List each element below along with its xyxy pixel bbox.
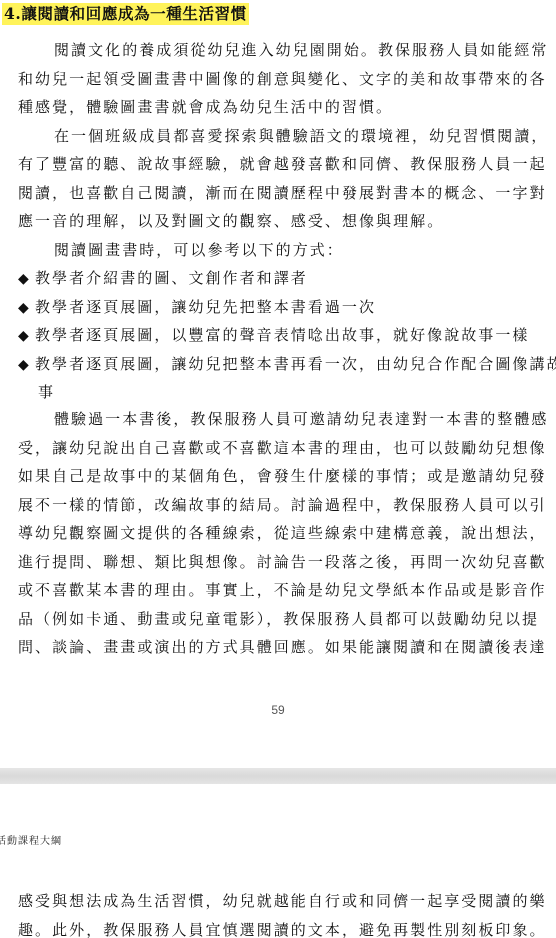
diamond-bullet-icon: ◆ bbox=[18, 322, 35, 351]
list-item: ◆教學者逐頁展圖，以豐富的聲音表情唸出故事，就好像說故事一樣 bbox=[18, 321, 550, 350]
diamond-bullet-icon: ◆ bbox=[18, 351, 35, 380]
list-item: ◆教學者逐頁展圖，讓幼兒把整本書再看一次，由幼兒合作配合圖像講故 bbox=[18, 350, 550, 379]
document-page-60: 活動課程大綱 感受與想法成為生活習慣，幼兒就越能自行或和同儕一起享受閱讀的樂 趣… bbox=[0, 784, 556, 938]
diamond-bullet-icon: ◆ bbox=[18, 265, 35, 294]
list-item-text: 教學者逐頁展圖，以豐富的聲音表情唸出故事，就好像說故事一樣 bbox=[35, 326, 529, 344]
list-item-text: 教學者逐頁展圖，讓幼兒把整本書再看一次，由幼兒合作配合圖像講故 bbox=[35, 355, 556, 373]
section-heading: 4.讓閱讀和回應成為一種生活習慣 bbox=[2, 3, 249, 25]
paragraph-continuation: 感受與想法成為生活習慣，幼兒就越能自行或和同儕一起享受閱讀的樂 趣。此外，教保服… bbox=[18, 887, 550, 938]
paragraph-response-after-reading: 體驗過一本書後，教保服務人員可邀請幼兒表達對一本書的整體感 受，讓幼兒說出自己喜… bbox=[18, 405, 550, 662]
text-line: 有了豐富的聽、說故事經驗，就會越發喜歡和同儕、教保服務人員一起 bbox=[18, 150, 550, 179]
text-line: 感受與想法成為生活習慣，幼兒就越能自行或和同儕一起享受閱讀的樂 bbox=[18, 887, 550, 916]
page-separator bbox=[0, 768, 556, 784]
text-line: 或不喜歡某本書的理由。事實上，不論是幼兒文學紙本作品或是影音作 bbox=[18, 576, 550, 605]
text-line: 閱讀圖畫書時，可以參考以下的方式： bbox=[18, 236, 550, 265]
text-line: 和幼兒一起領受圖畫書中圖像的創意與變化、文字的美和故事帶來的各 bbox=[18, 65, 550, 94]
text-line: 應一音的理解，以及對圖文的觀察、感受、想像與理解。 bbox=[18, 207, 550, 236]
paragraph-reading-methods-intro: 閱讀圖畫書時，可以參考以下的方式： bbox=[18, 236, 550, 265]
text-line: 閱讀文化的養成須從幼兒進入幼兒園開始。教保服務人員如能經常 bbox=[18, 36, 550, 65]
text-line: 在一個班級成員都喜愛探索與體驗語文的環境裡，幼兒習慣閱讀， bbox=[18, 122, 550, 151]
text-line: 閱讀，也喜歡自己閱讀，漸而在閱讀歷程中發展對書本的概念、一字對 bbox=[18, 179, 550, 208]
page-number: 59 bbox=[0, 703, 556, 717]
text-line: 如果自己是故事中的某個角色，會發生什麼樣的事情；或是邀請幼兒發 bbox=[18, 462, 550, 491]
text-line: 體驗過一本書後，教保服務人員可邀請幼兒表達對一本書的整體感 bbox=[18, 405, 550, 434]
list-item-text: 教學者逐頁展圖，讓幼兒先把整本書看過一次 bbox=[35, 298, 376, 316]
paragraph-reading-culture: 閱讀文化的養成須從幼兒進入幼兒園開始。教保服務人員如能經常 和幼兒一起領受圖畫書… bbox=[18, 36, 550, 122]
list-item-continuation: 事 bbox=[18, 378, 550, 407]
diamond-bullet-icon: ◆ bbox=[18, 294, 35, 323]
text-line: 品（例如卡通、動畫或兒童電影），教保服務人員都可以鼓勵幼兒以提 bbox=[18, 605, 550, 634]
document-page-59: 4.讓閱讀和回應成為一種生活習慣 閱讀文化的養成須從幼兒進入幼兒園開始。教保服務… bbox=[0, 0, 556, 768]
text-line: 展不一樣的情節，改編故事的結局。討論過程中，教保服務人員可以引 bbox=[18, 491, 550, 520]
text-line: 種感覺，體驗圖畫書就會成為幼兒生活中的習慣。 bbox=[18, 93, 550, 122]
list-item: ◆教學者介紹書的圖、文創作者和譯者 bbox=[18, 264, 550, 293]
text-line: 進行提問、聯想、類比與想像。討論告一段落之後，再問一次幼兒喜歡 bbox=[18, 548, 550, 577]
running-header: 活動課程大綱 bbox=[0, 832, 62, 847]
text-line: 問、談論、畫畫或演出的方式具體回應。如果能讓閱讀和在閱讀後表達 bbox=[18, 633, 550, 662]
text-line: 導幼兒觀察圖文提供的各種線索，從這些線索中建構意義，說出想法， bbox=[18, 519, 550, 548]
reading-methods-list: ◆教學者介紹書的圖、文創作者和譯者 ◆教學者逐頁展圖，讓幼兒先把整本書看過一次 … bbox=[18, 264, 550, 407]
list-item: ◆教學者逐頁展圖，讓幼兒先把整本書看過一次 bbox=[18, 293, 550, 322]
list-item-text: 教學者介紹書的圖、文創作者和譯者 bbox=[35, 269, 308, 287]
text-line: 趣。此外，教保服務人員宜慎選閱讀的文本，避免再製性別刻板印象。 bbox=[18, 916, 550, 938]
paragraph-classroom-environment: 在一個班級成員都喜愛探索與體驗語文的環境裡，幼兒習慣閱讀， 有了豐富的聽、說故事… bbox=[18, 122, 550, 236]
text-line: 受，讓幼兒說出自己喜歡或不喜歡這本書的理由，也可以鼓勵幼兒想像 bbox=[18, 434, 550, 463]
